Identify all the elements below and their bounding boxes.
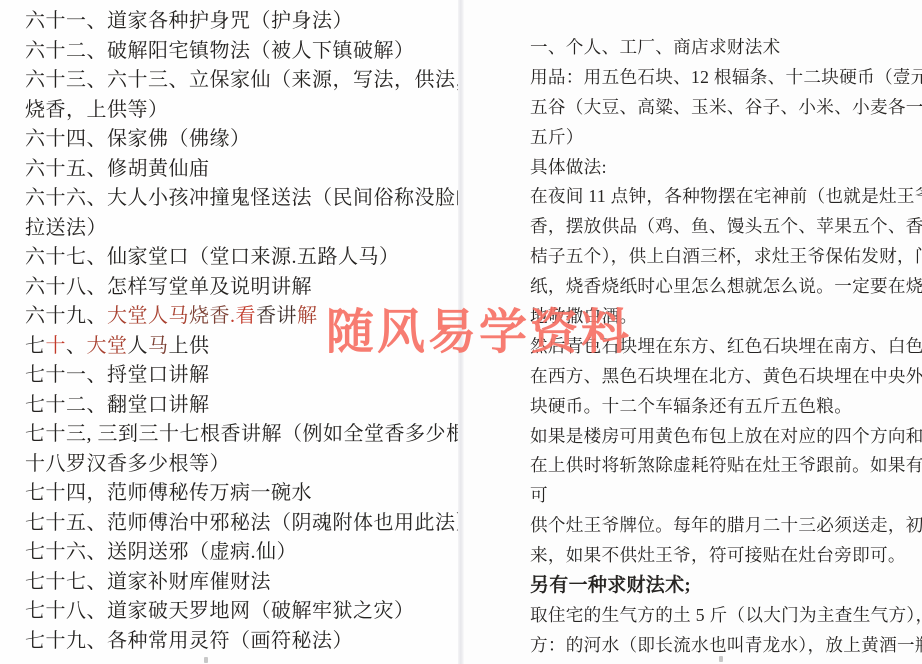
list-line: 六十一、道家各种护身咒（护身法） xyxy=(25,7,458,37)
body-line: 纸，烧香烧纸时心里怎么想就怎么说。一定要在烧纸时往 xyxy=(530,272,908,302)
body-line: 块硬币。十二个车辐条还有五斤五色粮。 xyxy=(530,392,908,422)
list-line: 拉送法） xyxy=(25,214,458,244)
list-line: 七十六、送阴送邪（虚病.仙） xyxy=(25,538,458,568)
right-page: 一、个人、工厂、商店求财法术用品：用五色石块、12 根辐条、十二块硬币（壹元的）… xyxy=(464,0,922,664)
body-line: 如果是楼房可用黄色布包上放在对应的四个方向和中央。 xyxy=(530,422,908,452)
list-line: 六十三、六十三、立保家仙（来源，写法，供法， xyxy=(25,66,458,96)
body-line: 取住宅的生气方的土 5 斤（以大门为主查生气方），取东 xyxy=(530,601,908,631)
cutoff-text-fragment xyxy=(204,657,208,663)
body-line: 一、个人、工厂、商店求财法术 xyxy=(530,33,908,63)
body-line: 可 xyxy=(530,481,908,511)
body-line: 具体做法: xyxy=(530,153,908,183)
body-line: 在夜间 11 点钟，各种物摆在宅神前（也就是灶王爷）上 xyxy=(530,182,908,212)
list-line: 七十五、范师傅治中邪秘法（阴魂附体也用此法） xyxy=(25,509,458,539)
list-line: 七十七、道家补财库催财法 xyxy=(25,568,458,598)
body-line: 来，如果不供灶王爷，符可接贴在灶台旁即可。 xyxy=(530,541,908,571)
list-line: 六十七、仙家堂口（堂口来源.五路人马） xyxy=(25,243,458,273)
body-line: 在西方、黑色石块埋在北方、黄色石块埋在中央外加十二 xyxy=(530,362,908,392)
list-line: 七十九、各种常用灵符（画符秘法） xyxy=(25,627,458,657)
list-line: 七十八、道家破天罗地网（破解牢狱之灾） xyxy=(25,597,458,627)
list-line: 六十五、修胡黄仙庙 xyxy=(25,155,458,185)
body-line: 在上供时将斩煞除虚耗符贴在灶王爷跟前。如果有条件的 xyxy=(530,451,908,481)
list-line: 七十三, 三到三十七根香讲解（例如全堂香多少根， xyxy=(25,420,458,450)
body-line: 五斤） xyxy=(530,123,908,153)
list-line: 六十八、怎样写堂单及说明讲解 xyxy=(25,273,458,303)
body-line: 供个灶王爷牌位。每年的腊月二十三必须送走，初九请回 xyxy=(530,511,908,541)
body-line: 用品：用五色石块、12 根辐条、十二块硬币（壹元的）， xyxy=(530,63,908,93)
list-line: 七十一、捋堂口讲解 xyxy=(25,361,458,391)
list-line: 六十六、大人小孩冲撞鬼怪送法（民间俗称没脸的， xyxy=(25,184,458,214)
body-line: 然后青色石块埋在东方、红色石块埋在南方、白色石块埋 xyxy=(530,332,908,362)
body-line: 五谷（大豆、高粱、玉米、谷子、小米、小麦各一斤，共 xyxy=(530,93,908,123)
list-line: 烧香，上供等） xyxy=(25,96,458,126)
list-line: 十八罗汉香多少根等） xyxy=(25,450,458,480)
body-line: 地敬撒白酒。 xyxy=(530,302,908,332)
left-page: 六十一、道家各种护身咒（护身法）六十二、破解阳宅镇物法（被人下镇破解）六十三、六… xyxy=(0,0,458,664)
list-line: 七十、大堂人马上供 xyxy=(25,332,458,362)
document-viewer: 六十一、道家各种护身咒（护身法）六十二、破解阳宅镇物法（被人下镇破解）六十三、六… xyxy=(0,0,922,664)
body-line: 桔子五个），供上白酒三杯，求灶王爷保佑发财，门口烧 xyxy=(530,242,908,272)
list-line: 七十四，范师傅秘传万病一碗水 xyxy=(25,479,458,509)
right-page-body: 一、个人、工厂、商店求财法术用品：用五色石块、12 根辐条、十二块硬币（壹元的）… xyxy=(530,33,908,661)
body-line: 香，摆放供品（鸡、鱼、馒头五个、苹果五个、香蕉五个、 xyxy=(530,212,908,242)
list-line: 七十二、翻堂口讲解 xyxy=(25,391,458,421)
cutoff-text-fragment xyxy=(719,656,723,662)
list-line: 六十四、保家佛（佛缘） xyxy=(25,125,458,155)
body-line: 另有一种求财法术; xyxy=(530,571,908,601)
list-line: 六十二、破解阳宅镇物法（被人下镇破解） xyxy=(25,37,458,67)
list-line: 六十九、大堂人马烧香.看香讲解 xyxy=(25,302,458,332)
left-page-list: 六十一、道家各种护身咒（护身法）六十二、破解阳宅镇物法（被人下镇破解）六十三、六… xyxy=(25,7,458,656)
